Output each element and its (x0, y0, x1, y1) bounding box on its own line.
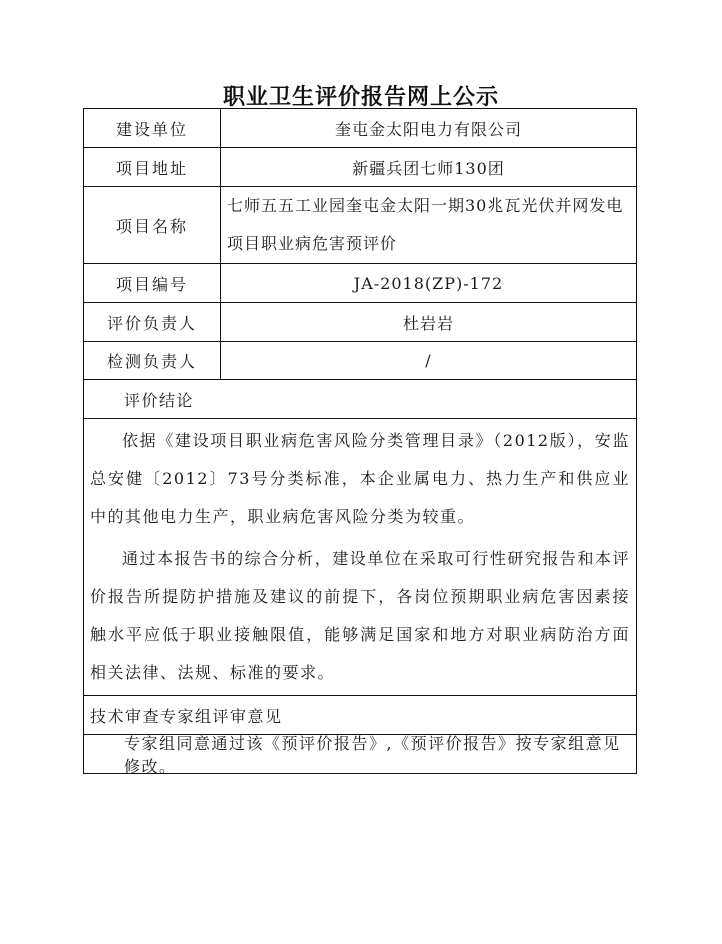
disclosure-table: 建设单位 奎屯金太阳电力有限公司 项目地址 新疆兵团七师130团 项目名称 七师… (83, 108, 637, 774)
review-heading: 技术审查专家组评审意见 (84, 696, 636, 735)
row-evaluation-lead: 评价负责人 杜岩岩 (84, 303, 636, 342)
label-evaluation-lead: 评价负责人 (84, 303, 221, 341)
row-construction-unit: 建设单位 奎屯金太阳电力有限公司 (84, 109, 636, 148)
row-project-address: 项目地址 新疆兵团七师130团 (84, 148, 636, 187)
label-project-number: 项目编号 (84, 264, 221, 302)
label-project-address: 项目地址 (84, 148, 221, 186)
value-construction-unit: 奎屯金太阳电力有限公司 (221, 109, 636, 147)
value-project-address: 新疆兵团七师130团 (221, 148, 636, 186)
label-project-name: 项目名称 (84, 187, 221, 263)
row-project-name: 项目名称 七师五五工业园奎屯金太阳一期30兆瓦光伏并网发电项目职业病危害预评价 (84, 187, 636, 264)
value-project-number: JA-2018(ZP)-172 (221, 264, 636, 302)
value-evaluation-lead: 杜岩岩 (221, 303, 636, 341)
conclusion-paragraph: 通过本报告书的综合分析，建设单位在采取可行性研究报告和本评价报告所提防护措施及建… (84, 538, 636, 694)
conclusion-body: 依据《建设项目职业病危害风险分类管理目录》（2012版），安监总安健〔2012〕… (84, 419, 636, 696)
value-inspection-lead: / (221, 342, 636, 379)
conclusion-paragraph: 依据《建设项目职业病危害风险分类管理目录》（2012版），安监总安健〔2012〕… (84, 420, 636, 538)
page-title: 职业卫生评价报告网上公示 (0, 80, 722, 111)
row-inspection-lead: 检测负责人 / (84, 342, 636, 380)
row-project-number: 项目编号 JA-2018(ZP)-172 (84, 264, 636, 303)
conclusion-heading: 评价结论 (84, 380, 636, 419)
review-text: 专家组同意通过该《预评价报告》,《预评价报告》按专家组意见修改。 (84, 735, 636, 773)
value-project-name: 七师五五工业园奎屯金太阳一期30兆瓦光伏并网发电项目职业病危害预评价 (221, 187, 636, 263)
label-inspection-lead: 检测负责人 (84, 342, 221, 379)
label-construction-unit: 建设单位 (84, 109, 221, 147)
